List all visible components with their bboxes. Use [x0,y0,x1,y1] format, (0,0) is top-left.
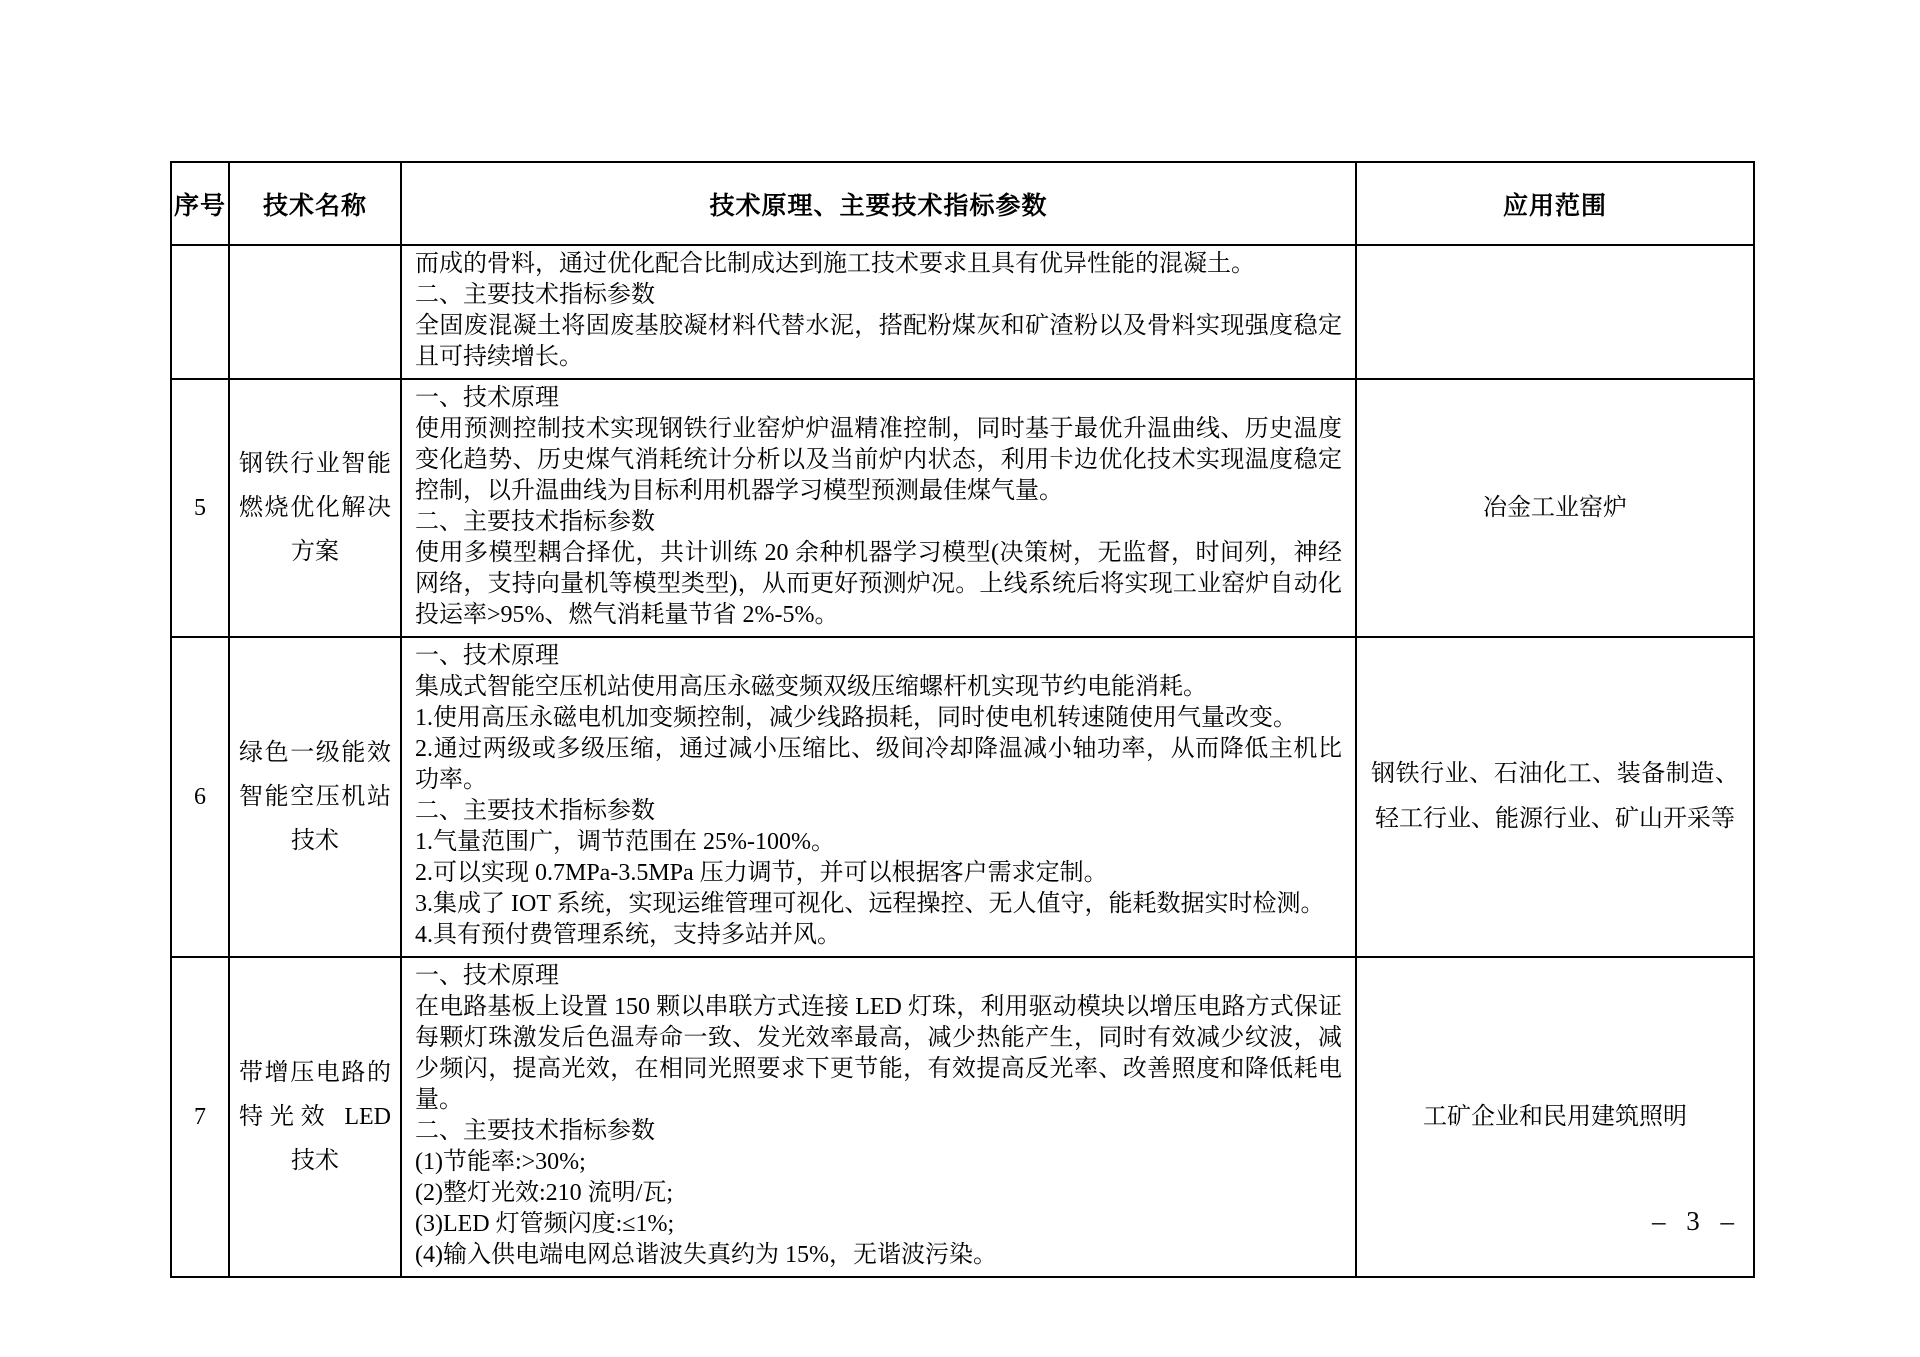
principle-paragraph: 一、技术原理 [415,961,1342,992]
principle-paragraph: 使用多模型耦合择优，共计训练 20 余种机器学习模型(决策树，无监督，时间列，神… [415,538,1342,631]
header-col-index: 序号 [171,162,229,245]
table-row: 7 带增压电路的特光效 LED 技术 一、技术原理在电路基板上设置 150 颗以… [171,957,1754,1277]
principle-paragraph: 二、主要技术指标参数 [415,1116,1342,1147]
scope-cell: 冶金工业窑炉 [1356,379,1754,637]
principle-paragraph: 一、技术原理 [415,383,1342,414]
tech-name-cell: 绿色一级能效智能空压机站技术 [229,637,401,957]
principle-paragraph: (4)输入供电端电网总谐波失真约为 15%，无谐波污染。 [415,1240,1342,1271]
row-index-cell [171,245,229,379]
table-row: 而成的骨料，通过优化配合比制成达到施工技术要求且具有优异性能的混凝土。二、主要技… [171,245,1754,379]
tech-name-cell: 带增压电路的特光效 LED 技术 [229,957,401,1277]
tech-name-cell [229,245,401,379]
principle-paragraph: 2.通过两级或多级压缩，通过减小压缩比、级间冷却降温减小轴功率，从而降低主机比功… [415,734,1342,796]
row-index-cell: 6 [171,637,229,957]
table-row: 6 绿色一级能效智能空压机站技术 一、技术原理集成式智能空压机站使用高压永磁变频… [171,637,1754,957]
principle-cell: 一、技术原理集成式智能空压机站使用高压永磁变频双级压缩螺杆机实现节约电能消耗。1… [401,637,1356,957]
principle-paragraph: 二、主要技术指标参数 [415,796,1342,827]
header-row: 序号 技术名称 技术原理、主要技术指标参数 应用范围 [171,162,1754,245]
row-index-cell: 5 [171,379,229,637]
principle-paragraph: 二、主要技术指标参数 [415,280,1342,311]
principle-paragraph: (1)节能率:>30%; [415,1147,1342,1178]
table-row: 5 钢铁行业智能燃烧优化解决方案 一、技术原理使用预测控制技术实现钢铁行业窑炉炉… [171,379,1754,637]
scope-cell: 钢铁行业、石油化工、装备制造、轻工行业、能源行业、矿山开采等 [1356,637,1754,957]
document-page: 序号 技术名称 技术原理、主要技术指标参数 应用范围 而成的骨料，通过优化配合比… [0,0,1920,1357]
principle-paragraph: 二、主要技术指标参数 [415,507,1342,538]
scope-cell [1356,245,1754,379]
principle-paragraph: 1.使用高压永磁电机加变频控制，减少线路损耗，同时使电机转速随使用气量改变。 [415,703,1342,734]
header-col-scope: 应用范围 [1356,162,1754,245]
principle-cell: 而成的骨料，通过优化配合比制成达到施工技术要求且具有优异性能的混凝土。二、主要技… [401,245,1356,379]
principle-paragraph: 4.具有预付费管理系统，支持多站并风。 [415,920,1342,951]
tech-name-cell: 钢铁行业智能燃烧优化解决方案 [229,379,401,637]
principle-paragraph: 而成的骨料，通过优化配合比制成达到施工技术要求且具有优异性能的混凝土。 [415,249,1342,280]
principle-paragraph: (2)整灯光效:210 流明/瓦; [415,1178,1342,1209]
header-col-principle: 技术原理、主要技术指标参数 [401,162,1356,245]
principle-paragraph: 3.集成了 IOT 系统，实现运维管理可视化、远程操控、无人值守，能耗数据实时检… [415,889,1342,920]
principle-paragraph: 1.气量范围广，调节范围在 25%-100%。 [415,827,1342,858]
principle-paragraph: 一、技术原理 [415,641,1342,672]
row-index-cell: 7 [171,957,229,1277]
technology-table: 序号 技术名称 技术原理、主要技术指标参数 应用范围 而成的骨料，通过优化配合比… [170,161,1755,1278]
principle-cell: 一、技术原理在电路基板上设置 150 颗以串联方式连接 LED 灯珠，利用驱动模… [401,957,1356,1277]
principle-paragraph: 在电路基板上设置 150 颗以串联方式连接 LED 灯珠，利用驱动模块以增压电路… [415,992,1342,1116]
principle-paragraph: 2.可以实现 0.7MPa-3.5MPa 压力调节，并可以根据客户需求定制。 [415,858,1342,889]
principle-paragraph: 使用预测控制技术实现钢铁行业窑炉炉温精准控制，同时基于最优升温曲线、历史温度变化… [415,414,1342,507]
principle-paragraph: 集成式智能空压机站使用高压永磁变频双级压缩螺杆机实现节约电能消耗。 [415,672,1342,703]
page-number: – 3 – [1652,1206,1741,1237]
header-col-tech-name: 技术名称 [229,162,401,245]
principle-paragraph: 全固废混凝土将固废基胶凝材料代替水泥，搭配粉煤灰和矿渣粉以及骨料实现强度稳定且可… [415,311,1342,373]
principle-cell: 一、技术原理使用预测控制技术实现钢铁行业窑炉炉温精准控制，同时基于最优升温曲线、… [401,379,1356,637]
principle-paragraph: (3)LED 灯管频闪度:≤1%; [415,1209,1342,1240]
